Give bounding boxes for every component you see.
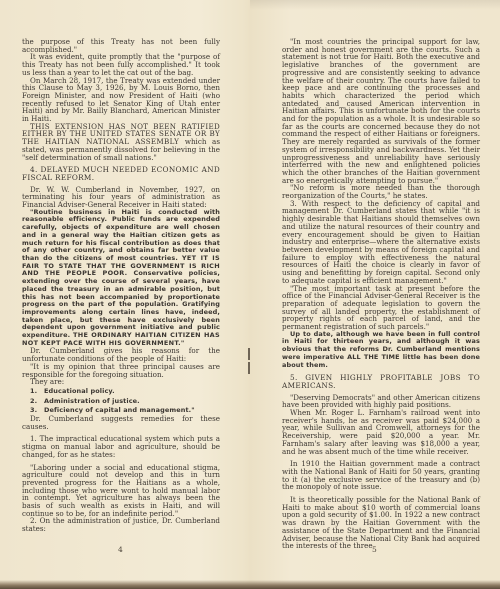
paragraph: THIS EXTENSION HAS NOT BEEN RATIFIED EIT… [22, 123, 220, 162]
page-shadow [250, 0, 500, 10]
section-heading: 4. DELAYED MUCH NEEDED ECONOMIC AND FISC… [22, 166, 220, 181]
paragraph: It is theoretically possible for the Nat… [282, 496, 480, 550]
paragraph: In 1910 the Haitian government made a co… [282, 460, 480, 491]
page-number: 4 [118, 545, 123, 554]
page-number: 5 [372, 545, 377, 554]
paragraph: It was evident, quite promptly that the … [22, 53, 220, 76]
paragraph: "Deserving Democrats" and other American… [282, 394, 480, 409]
staple-icon [248, 362, 250, 374]
staple-icon [248, 348, 250, 360]
paragraph: Dr. W. W. Cumberland in November, 1927, … [22, 186, 220, 209]
paragraph: 2. On the administration of justice, Dr.… [22, 517, 220, 532]
paragraph: "It is my opinion that three principal c… [22, 363, 220, 378]
paragraph: 1. The impractical educational system wh… [22, 435, 220, 458]
emphasis-paragraph: Up to date, although we have been in ful… [282, 331, 480, 370]
paragraph: They are: [22, 378, 220, 386]
paragraph: "No reform is more needed than the thoro… [282, 184, 480, 199]
page-edge [0, 580, 500, 589]
section-heading: 5. GIVEN HIGHLY PROFITABLE JOBS TO AMERI… [282, 374, 480, 389]
paragraph: On March 28, 1917, the Treaty was extend… [22, 77, 220, 123]
block-quote: "Routine business in Haiti is conducted … [22, 209, 220, 348]
paragraph: "The most important task at present befo… [282, 285, 480, 331]
paragraph: Dr. Cumberland suggests remedies for the… [22, 415, 220, 430]
paragraph: When Mr. Roger L. Farnham's railroad wen… [282, 409, 480, 455]
paragraph: "In most countries the principal support… [282, 38, 480, 184]
right-page: "In most countries the principal support… [282, 38, 480, 550]
paragraph: 3. With respect to the deficiency of cap… [282, 200, 480, 285]
paragraph: Dr. Cumberland gives his reasons for the… [22, 347, 220, 362]
cause-item: 2.Administration of justice. [22, 398, 220, 406]
text-run: Conservative policies, extending over th… [22, 269, 220, 339]
cause-item: 1.Educational policy. [22, 388, 220, 396]
paragraph: the purpose of this Treaty has not been … [22, 38, 220, 53]
paragraph: "Laboring under a social and educational… [22, 464, 220, 518]
left-page: the purpose of this Treaty has not been … [22, 38, 220, 533]
